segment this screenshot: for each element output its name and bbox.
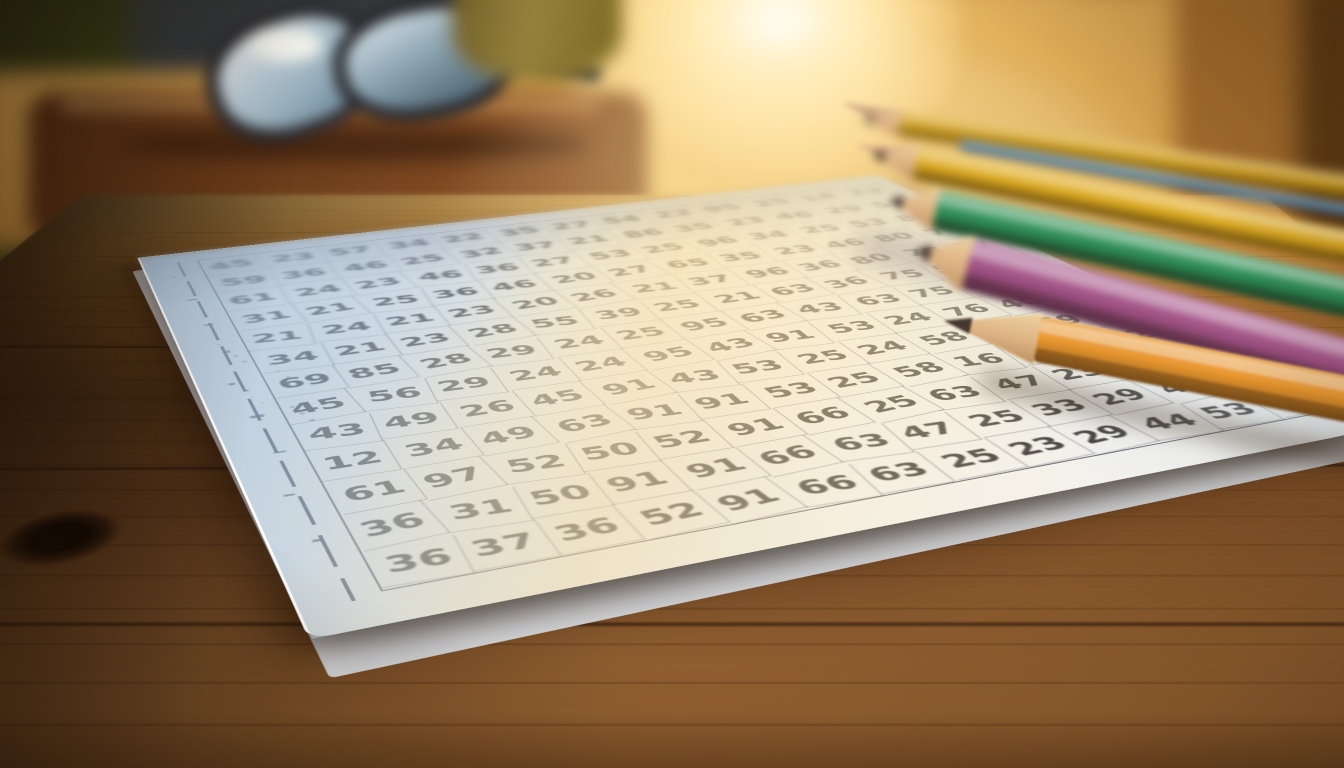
vignette-left (0, 0, 1344, 768)
photo-scene: 4523573422352754229525142359364625323721… (0, 0, 1344, 768)
